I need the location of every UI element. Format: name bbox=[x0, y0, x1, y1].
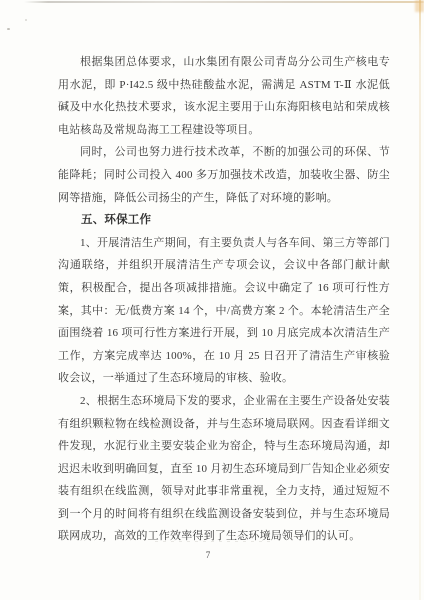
section-heading-environmental-work: 五、环保工作 bbox=[58, 209, 390, 232]
document-page: 根据集团总体要求，山水集团有限公司青岛分公司生产核电专用水泥，即 P·I42.5… bbox=[0, 0, 424, 600]
scan-artifact-speck bbox=[25, 19, 27, 21]
scan-artifact-top-line bbox=[24, 1, 424, 3]
document-body: 根据集团总体要求，山水集团有限公司青岛分公司生产核电专用水泥，即 P·I42.5… bbox=[58, 51, 390, 548]
paragraph-tech-reform: 同时，公司也努力进行技术改革，不断的加强公司的环保、节能降耗；同时公司投入 40… bbox=[58, 141, 390, 209]
scan-artifact-speck bbox=[7, 28, 10, 30]
paragraph-clean-production: 1、开展清洁生产期间，有主要负责人与各车间、第三方等部门沟通联络，并组织开展清洁… bbox=[58, 232, 390, 390]
paragraph-online-monitoring: 2、根据生态环境局下发的要求，企业需在主要生产设备处安装有组织颗粒物在线检测设备… bbox=[58, 390, 390, 548]
scan-artifact-corner-spot bbox=[415, 0, 424, 12]
scan-artifact-right-edge bbox=[419, 0, 421, 600]
paragraph-nuclear-cement: 根据集团总体要求，山水集团有限公司青岛分公司生产核电专用水泥，即 P·I42.5… bbox=[58, 51, 390, 141]
page-number: 7 bbox=[0, 549, 416, 561]
